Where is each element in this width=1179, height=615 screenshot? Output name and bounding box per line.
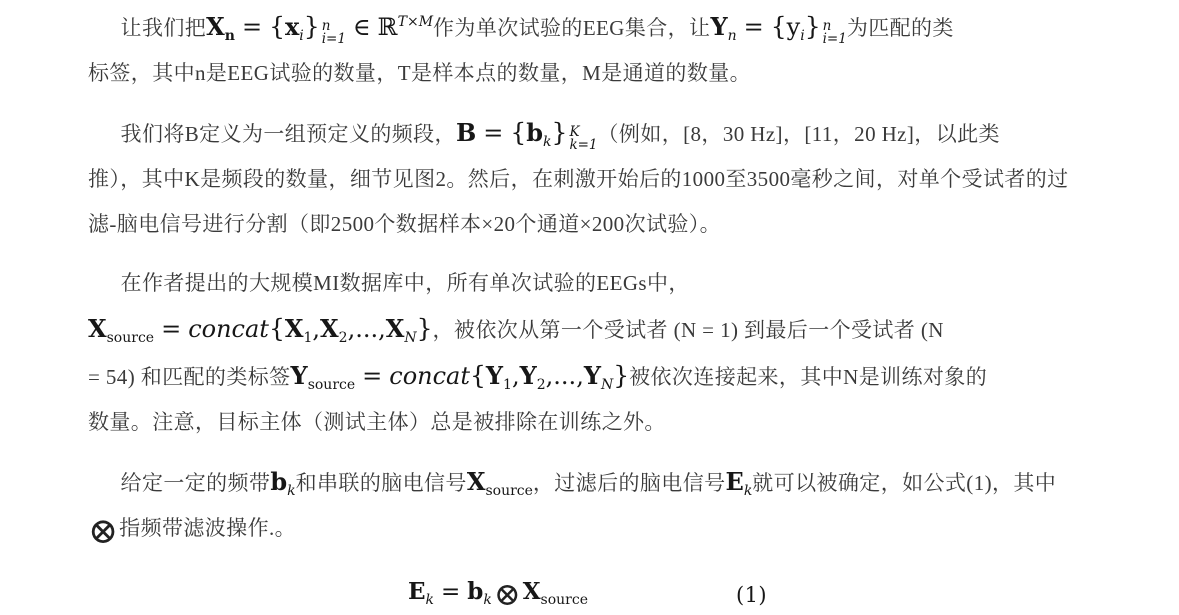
math-symbol-X: X — [285, 314, 304, 343]
math-subscript: source — [485, 483, 532, 499]
stacked-limits: ni=1 — [322, 20, 346, 46]
brace-close: } — [805, 12, 821, 41]
math-subscript: source — [107, 330, 154, 346]
p3-text-5: 数量。注意，目标主体（测试主体）总是被排除在训练之外。 — [88, 410, 666, 434]
brace-open: { — [510, 118, 526, 147]
p3-text-3: = 54) 和匹配的类标签 — [88, 365, 291, 389]
p3-text-2: ，被依次从第一个受试者 (N = 1) 到最后一个受试者 (N — [433, 318, 944, 342]
math-subscript: N — [601, 377, 613, 393]
math-symbol-Y: Y — [710, 12, 727, 41]
p2-text-3: 推），其中K是频段的数量，细节见图2。然后，在刺激开始后的1000至3500毫秒… — [88, 167, 1069, 191]
brace-open: { — [470, 361, 486, 390]
equals-sign: = — [434, 579, 467, 605]
math-subscript: k — [543, 134, 551, 150]
formula-Xsource: Xsource — [467, 468, 533, 496]
p4-text-2: 和串联的脑电信号 — [296, 471, 467, 495]
comma: , — [512, 362, 520, 390]
lower-limit: i=1 — [322, 33, 346, 46]
p3-text-4: 被依次连接起来，其中N是训练对象的 — [629, 365, 987, 389]
p2-text-4: 滤-脑电信号进行分割（即2500个数据样本×20个通道×200次试验）。 — [88, 212, 721, 236]
equals-sign: = — [476, 119, 510, 147]
equation-1-row: Ek=bk⊗Xsource (1) — [88, 563, 1079, 615]
formula-Ek: Ek — [726, 468, 753, 496]
equation-1-formula: Ek=bk⊗Xsource — [408, 569, 588, 615]
math-symbol-b: b — [467, 578, 483, 605]
p1-text-3: 为匹配的类 — [847, 16, 954, 40]
brace-open: { — [269, 314, 285, 343]
p1-text-4: 标签，其中n是EEG试验的数量，T是样本点的数量，M是通道的数量。 — [88, 61, 751, 85]
p3-text-1: 在作者提出的大规模MI数据库中，所有单次试验的EEGs中， — [121, 271, 690, 295]
lower-limit: i=1 — [823, 33, 847, 46]
brace-open: { — [269, 12, 285, 41]
paragraph-1: 让我们把Xn={xi}ni=1∈ℝT×M作为单次试验的EEG集合，让Yn={yi… — [88, 4, 1079, 96]
formula-Ysource-concat: Ysource=concat{Y1,Y2,...,YN} — [291, 362, 630, 390]
math-symbol-x: x — [285, 12, 299, 41]
math-subscript: k — [483, 592, 491, 608]
equals-sign: = — [737, 13, 771, 41]
formula-Yn-definition: Yn={yi}ni=1 — [710, 13, 846, 41]
p4-text-5: 指频带滤波操作.。 — [119, 516, 296, 540]
p1-text-2: 作为单次试验的EEG集合，让 — [433, 16, 710, 40]
brace-open: { — [771, 12, 787, 41]
math-symbol-E: E — [408, 578, 426, 605]
math-symbol-X: X — [467, 467, 486, 496]
math-symbol-X: X — [206, 12, 225, 41]
ellipsis: ,..., — [546, 362, 584, 390]
math-superscript: T×M — [398, 14, 433, 30]
paragraph-2: 我们将B定义为一组预定义的频段，B={bk}Kk=1（例如，[8，30 Hz]，… — [88, 110, 1079, 247]
p4-text-4: 就可以被确定，如公式(1)，其中 — [752, 471, 1056, 495]
math-subscript: source — [308, 377, 355, 393]
p1-text-1: 让我们把 — [121, 16, 207, 40]
math-subscript: k — [426, 592, 434, 608]
math-subscript: 2 — [339, 330, 348, 346]
brace-close: } — [304, 12, 320, 41]
math-symbol-Y: Y — [584, 361, 601, 390]
concat-function: concat — [389, 362, 470, 390]
math-symbol-Y: Y — [486, 361, 503, 390]
brace-close: } — [417, 314, 433, 343]
math-symbol-B: B — [456, 118, 476, 147]
math-symbol-b: b — [270, 467, 287, 496]
stacked-limits: ni=1 — [823, 20, 847, 46]
math-subscript: N — [404, 330, 416, 346]
p4-text-1: 给定一定的频带 — [121, 471, 271, 495]
equation-number: (1) — [736, 573, 767, 615]
math-subscript: n — [225, 28, 235, 44]
math-symbol-X: X — [386, 314, 405, 343]
formula-Xsource-concat: Xsource=concat{X1,X2,...,XN} — [88, 315, 433, 343]
math-subscript: source — [541, 592, 588, 608]
p4-text-3: ，过滤后的脑电信号 — [533, 471, 726, 495]
math-symbol-y: y — [787, 13, 801, 41]
otimes-icon: ⊗ — [88, 511, 119, 552]
math-subscript: k — [287, 483, 295, 499]
math-subscript: 1 — [503, 377, 512, 393]
equals-sign: = — [235, 13, 269, 41]
comma: , — [312, 315, 320, 343]
stacked-limits: Kk=1 — [569, 126, 597, 152]
math-symbol-X: X — [88, 314, 107, 343]
paper-page: 让我们把Xn={xi}ni=1∈ℝT×M作为单次试验的EEG集合，让Yn={yi… — [0, 0, 1179, 615]
lower-limit: k=1 — [569, 139, 597, 152]
formula-Xn-definition: Xn={xi}ni=1∈ℝT×M — [206, 13, 433, 41]
equals-sign: = — [355, 362, 389, 390]
p2-text-1: 我们将B定义为一组预定义的频段， — [121, 122, 456, 146]
brace-close: } — [552, 118, 568, 147]
math-symbol-b: b — [526, 118, 543, 147]
math-symbol-X: X — [523, 578, 541, 605]
formula-B-definition: B={bk}Kk=1 — [456, 119, 598, 147]
math-symbol-Y: Y — [520, 361, 537, 390]
paragraph-4: 给定一定的频带bk和串联的脑电信号Xsource，过滤后的脑电信号Ek就可以被确… — [88, 459, 1079, 551]
math-subscript: n — [728, 28, 737, 44]
p2-text-2: （例如，[8，30 Hz]，[11，20 Hz]，以此类 — [598, 122, 1000, 146]
math-symbol-E: E — [726, 467, 744, 496]
formula-bk: bk — [270, 468, 295, 496]
paragraph-3: 在作者提出的大规模MI数据库中，所有单次试验的EEGs中，Xsource=con… — [88, 261, 1079, 445]
math-symbol-Y: Y — [291, 361, 308, 390]
real-numbers-symbol: ℝ — [378, 13, 398, 41]
otimes-icon: ⊗ — [492, 575, 523, 613]
concat-function: concat — [188, 315, 269, 343]
equals-sign: = — [154, 315, 188, 343]
element-of-sign: ∈ — [346, 13, 378, 41]
math-subscript: 2 — [537, 377, 546, 393]
ellipsis: ,..., — [348, 315, 386, 343]
math-symbol-X: X — [320, 314, 339, 343]
brace-close: } — [613, 361, 629, 390]
